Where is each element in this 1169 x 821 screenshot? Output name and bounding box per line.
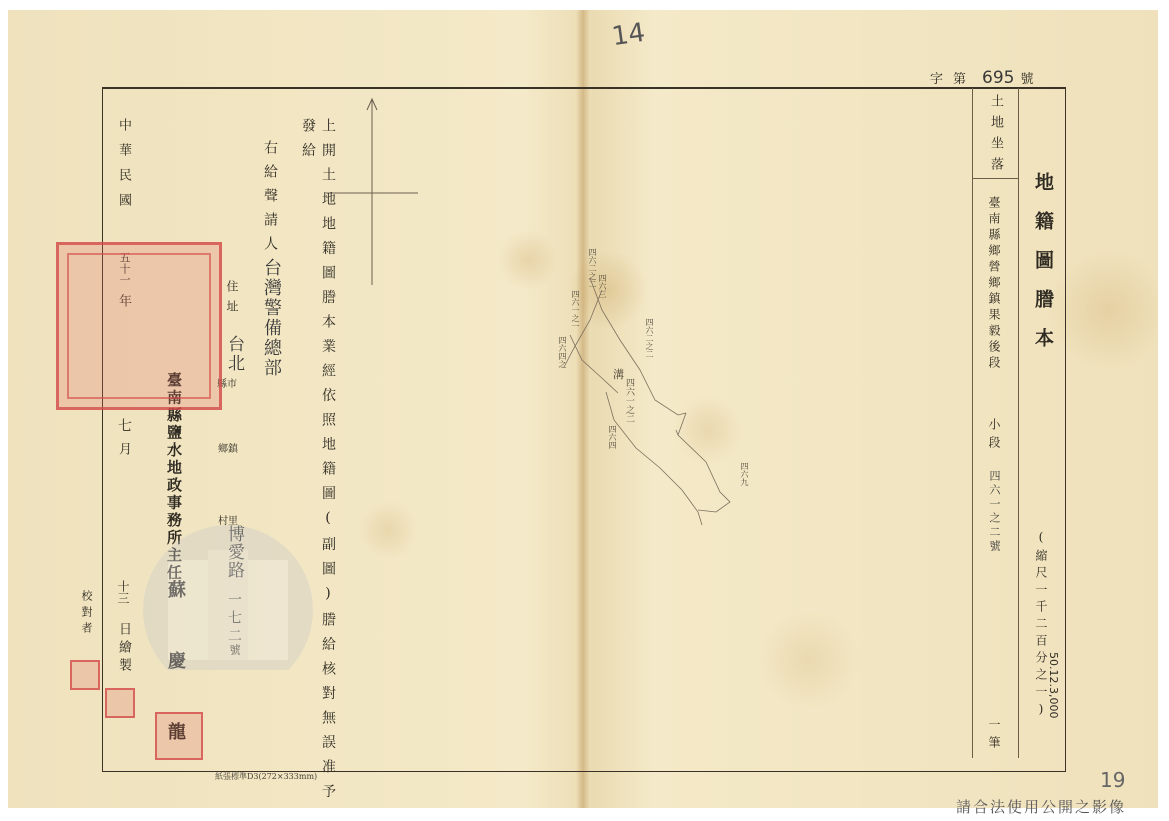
map-parcel-label: 四六九 <box>740 462 748 486</box>
proofreader-seal <box>70 660 100 690</box>
form-code: 50.12.3,000 <box>1047 652 1060 718</box>
address-town-type: 鄉鎮 <box>218 440 238 455</box>
applicant-label: 右給聲請人 <box>260 140 280 260</box>
usage-notice: 請合法使用公開之影像 <box>956 796 1126 817</box>
paper-spec: 紙張標準D3(272×333mm) <box>215 771 317 782</box>
certification-text: 上開土地地籍圖謄本業經依照地籍圖(副圖)謄給核對無誤准予發給 <box>298 118 338 821</box>
map-parcel-label: 四六四 <box>608 425 616 449</box>
date-era: 中華民國 <box>114 118 133 218</box>
column-divider <box>972 88 973 758</box>
address-label: 住址 <box>224 280 241 320</box>
cadastral-map <box>540 230 770 530</box>
map-parcel-label: 四六四之 <box>558 336 566 368</box>
handwritten-page-number-top: 14 <box>610 18 647 52</box>
map-parcel-label: 四六三 <box>598 274 606 298</box>
map-canal-label: 溝 <box>613 366 624 382</box>
address-city: 台北 <box>222 335 247 373</box>
subsection-label: 小段 <box>986 418 1003 454</box>
lot-number: 四六一之二號 <box>986 470 1002 554</box>
document-title: 地籍圖謄本 <box>1030 172 1057 367</box>
map-parcel-label: 四六二之二 <box>588 248 596 288</box>
proofreader-label: 校對者 <box>78 590 94 638</box>
serial-number: 字第695號 <box>930 68 1033 88</box>
date-month: 七 <box>114 418 134 444</box>
applicant-name: 台灣警備總部 <box>258 258 284 378</box>
column-divider <box>1018 88 1019 758</box>
row-divider <box>972 178 1018 179</box>
parcel-count: 一筆 <box>986 718 1003 754</box>
director-seal <box>155 712 203 760</box>
map-parcel-label: 四六二之二 <box>645 318 653 358</box>
archive-watermark-icon <box>108 520 348 670</box>
land-location-label: 土地坐落 <box>986 94 1005 178</box>
map-subject-parcel-label: 四六一之二 <box>625 378 633 423</box>
handwritten-page-number-bottom: 19 <box>1100 768 1125 792</box>
official-seal-large <box>56 242 222 410</box>
map-parcel-label: 四六一之一 <box>571 290 579 330</box>
land-location-value: 臺南縣鄉營鄉鎮果毅後段 <box>986 196 1003 372</box>
date-month-suffix: 月 <box>114 442 133 467</box>
drafter-seal <box>105 688 135 718</box>
